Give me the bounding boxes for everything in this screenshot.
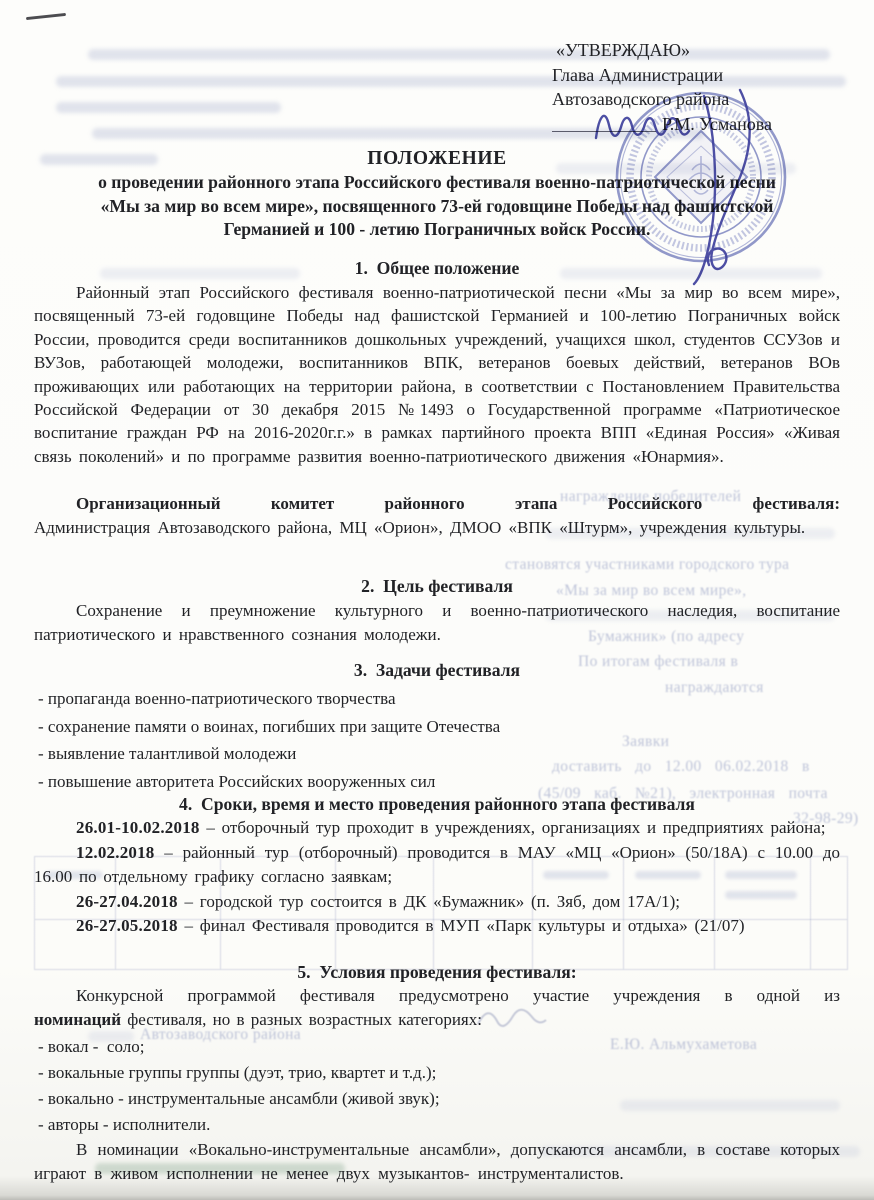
- intro-line2: номинаций фестиваля, но в разных возраст…: [34, 1008, 840, 1032]
- schedule-item: 26-27.04.2018 – городской тур состоится …: [34, 890, 840, 915]
- section2-heading: 2. Цель фестиваля: [34, 576, 840, 597]
- pen-mark: [26, 13, 66, 20]
- list-item: - выявление талантливой молодежи: [38, 740, 844, 768]
- section5-final-paragraph: В номинации «Вокально-инструментальные а…: [34, 1138, 840, 1187]
- schedule-date: 26-27.05.2018: [76, 916, 178, 935]
- title-word: ПОЛОЖЕНИЕ: [34, 146, 840, 171]
- title-line: о проведении районного этапа Российского…: [34, 171, 840, 195]
- bleedthrough-line: [56, 102, 281, 113]
- schedule-text: – финал Фестиваля проводится в МУП «Парк…: [178, 916, 745, 935]
- list-item: - вокально - инструментальные ансамбли (…: [38, 1086, 844, 1112]
- document-title: ПОЛОЖЕНИЕ о проведении районного этапа Р…: [34, 146, 840, 242]
- committee-bold-line: Организационный комитет районного этапа …: [34, 492, 840, 516]
- section3-list: - пропаганда военно-патриотического твор…: [34, 685, 844, 795]
- section1-committee: Организационный комитет районного этапа …: [34, 492, 840, 539]
- approval-signature-row: Р.М. Усманова: [552, 112, 729, 138]
- schedule-date: 26.01-10.02.2018: [76, 818, 200, 837]
- section1-paragraph: Районный этап Российского фестиваля воен…: [34, 281, 840, 468]
- intro-rest: фестиваля, но в разных возрастных катего…: [121, 1010, 482, 1029]
- section4-heading: 4. Сроки, время и место проведения район…: [34, 794, 840, 815]
- signature-line: [552, 131, 656, 132]
- intro-line1: Конкурсной программой фестиваля предусмо…: [34, 984, 840, 1008]
- schedule-item: 12.02.2018 – районный тур (отборочный) п…: [34, 841, 840, 890]
- section5-heading: 5. Условия проведения фестиваля:: [34, 962, 840, 983]
- section5-list: - вокал - соло; - вокальные группы групп…: [34, 1034, 844, 1138]
- bleedthrough-text: становятся участниками городского тура: [505, 556, 789, 574]
- approval-line1: Глава Администрации: [552, 63, 729, 88]
- list-item: - вокальные группы группы (дуэт, трио, к…: [38, 1060, 844, 1086]
- section4-schedule: 26.01-10.02.2018 – отборочный тур проход…: [34, 816, 840, 939]
- section1-heading: 1. Общее положение: [34, 258, 840, 279]
- section3-heading: 3. Задачи фестиваля: [34, 660, 840, 681]
- approval-block: «УТВЕРЖДАЮ» Глава Администрации Автозаво…: [552, 38, 729, 138]
- title-line: «Мы за мир во всем мире», посвященного 7…: [34, 195, 840, 219]
- approval-signer: Р.М. Усманова: [662, 112, 772, 137]
- schedule-item: 26.01-10.02.2018 – отборочный тур проход…: [34, 816, 840, 841]
- section2-paragraph: Сохранение и преумножение культурного и …: [34, 599, 840, 648]
- list-item: - авторы - исполнители.: [38, 1112, 844, 1138]
- schedule-text: – районный тур (отборочный) проводится в…: [34, 843, 840, 887]
- schedule-text: – отборочный тур проходит в учреждениях,…: [200, 818, 826, 837]
- list-item: - вокал - соло;: [38, 1034, 844, 1060]
- intro-bold-word: номинаций: [34, 1010, 121, 1029]
- title-line: Германией и 100 - летию Пограничных войс…: [34, 218, 840, 242]
- list-item: - повышение авторитета Российских вооруж…: [38, 768, 844, 796]
- section5-intro: Конкурсной программой фестиваля предусмо…: [34, 984, 840, 1033]
- committee-text: Администрация Автозаводского района, МЦ …: [34, 516, 840, 540]
- approval-quote: «УТВЕРЖДАЮ»: [552, 38, 729, 63]
- schedule-date: 26-27.04.2018: [76, 892, 178, 911]
- schedule-date: 12.02.2018: [76, 843, 155, 862]
- scanned-document-page: награждение победителей становятся участ…: [0, 0, 874, 1200]
- list-item: - пропаганда военно-патриотического твор…: [38, 685, 844, 713]
- schedule-item: 26-27.05.2018 – финал Фестиваля проводит…: [34, 914, 840, 939]
- approval-line2: Автозаводского района: [552, 87, 729, 112]
- schedule-text: – городской тур состоится в ДК «Бумажник…: [178, 892, 680, 911]
- list-item: - сохранение памяти о воинах, погибших п…: [38, 713, 844, 741]
